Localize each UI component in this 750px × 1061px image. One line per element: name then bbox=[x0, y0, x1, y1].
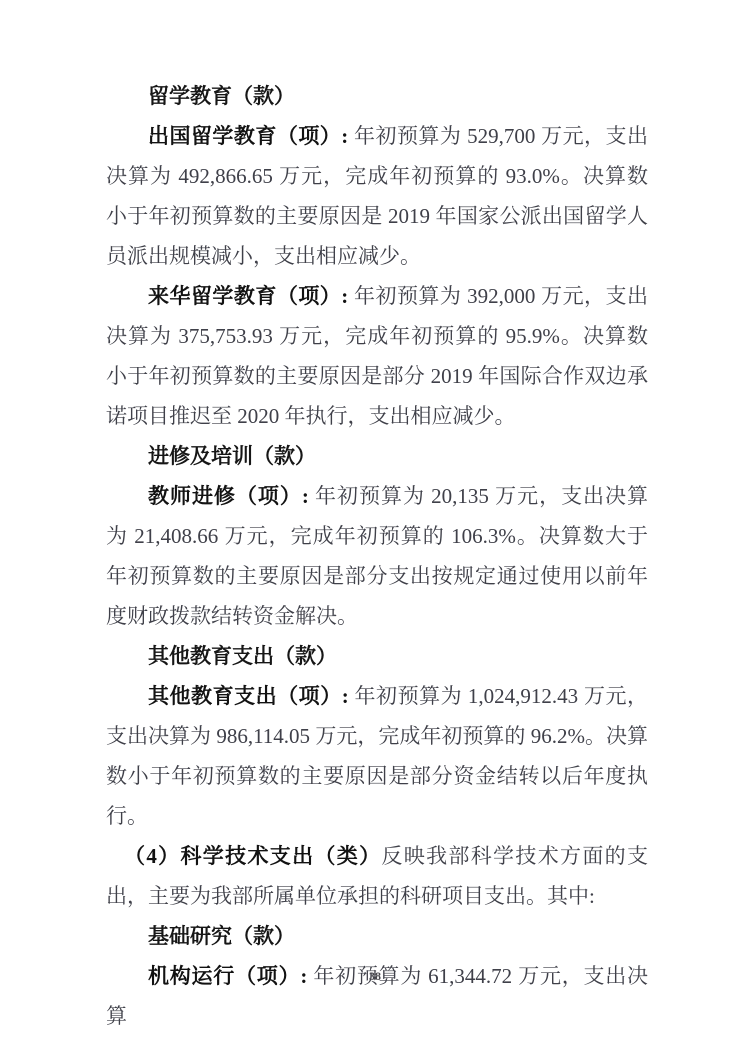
heading-text: 留学教育（款） bbox=[148, 84, 295, 108]
paragraph-lead: （4）科学技术支出（类） bbox=[124, 844, 381, 868]
paragraph-study-in-china: 来华留学教育（项）: 年初预算为 392,000 万元，支出决算为 375,75… bbox=[106, 276, 648, 436]
heading-text: 进修及培训（款） bbox=[148, 444, 316, 468]
paragraph-other-education-expenditure: 其他教育支出（项）: 年初预算为 1,024,912.43 万元，支出决算为 9… bbox=[106, 676, 648, 836]
section-heading-training: 进修及培训（款） bbox=[106, 436, 648, 476]
section-heading-other-education-expenditure: 其他教育支出（款） bbox=[106, 636, 648, 676]
section-heading-basic-research: 基础研究（款） bbox=[106, 916, 648, 956]
paragraph-science-technology-expenditure: （4）科学技术支出（类）反映我部科学技术方面的支出，主要为我部所属单位承担的科研… bbox=[106, 836, 648, 916]
paragraph-lead: 出国留学教育（项）: bbox=[148, 124, 348, 148]
paragraph-lead: 教师进修（项）: bbox=[148, 484, 309, 508]
page-number: 38 bbox=[0, 968, 750, 984]
document-text-block: 留学教育（款） 出国留学教育（项）: 年初预算为 529,700 万元，支出决算… bbox=[106, 76, 648, 1036]
section-heading-study-abroad-education: 留学教育（款） bbox=[106, 76, 648, 116]
paragraph-lead: 其他教育支出（项）: bbox=[148, 684, 349, 708]
paragraph-lead: 来华留学教育（项）: bbox=[148, 284, 348, 308]
heading-text: 基础研究（款） bbox=[148, 924, 295, 948]
paragraph-outbound-study-abroad: 出国留学教育（项）: 年初预算为 529,700 万元，支出决算为 492,86… bbox=[106, 116, 648, 276]
paragraph-teacher-training: 教师进修（项）: 年初预算为 20,135 万元，支出决算为 21,408.66… bbox=[106, 476, 648, 636]
heading-text: 其他教育支出（款） bbox=[148, 644, 337, 668]
document-page: 留学教育（款） 出国留学教育（项）: 年初预算为 529,700 万元，支出决算… bbox=[0, 0, 750, 1061]
